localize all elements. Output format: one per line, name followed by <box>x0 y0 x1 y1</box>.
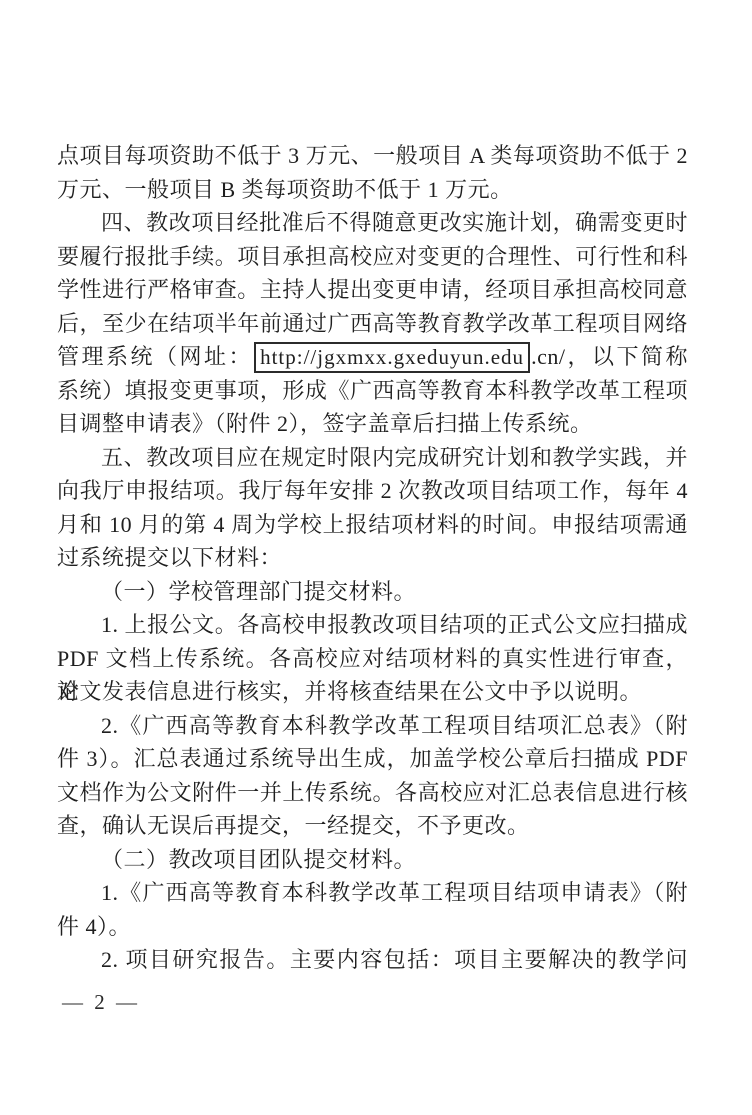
text-line: 论文发表信息进行核实，并将核查结果在公文中予以说明。 <box>57 675 688 709</box>
text-line: 向我厅申报结项。我厅每年安排 2 次教改项目结项工作，每年 4 <box>57 474 688 508</box>
text-line: 五、教改项目应在规定时限内完成研究计划和教学实践，并 <box>57 441 688 475</box>
text-line: （一）学校管理部门提交材料。 <box>57 575 688 609</box>
document-body: 点项目每项资助不低于 3 万元、一般项目 A 类每项资助不低于 2万元、一般项目… <box>57 139 688 977</box>
text-line: 月和 10 月的第 4 周为学校上报结项材料的时间。申报结项需通 <box>57 508 688 542</box>
text-line: 1.《广西高等教育本科教学改革工程项目结项申请表》（附 <box>57 876 688 910</box>
text-line: 过系统提交以下材料： <box>57 541 688 575</box>
text-line: 2. 项目研究报告。主要内容包括：项目主要解决的教学问 <box>57 943 688 977</box>
scanned-document-page: 点项目每项资助不低于 3 万元、一般项目 A 类每项资助不低于 2万元、一般项目… <box>0 0 752 1115</box>
text-line: 后，至少在结项半年前通过广西高等教育教学改革工程项目网络 <box>57 307 688 341</box>
text-line: 件 3）。汇总表通过系统导出生成，加盖学校公章后扫描成 PDF <box>57 742 688 776</box>
text-line: 万元、一般项目 B 类每项资助不低于 1 万元。 <box>57 173 688 207</box>
page-number: — 2 — <box>62 990 140 1015</box>
url-suffix-text: .cn/，以下简称 <box>531 344 688 369</box>
text-line: 2.《广西高等教育本科教学改革工程项目结项汇总表》（附 <box>57 709 688 743</box>
text-line: 件 4）。 <box>57 910 688 944</box>
text-line: 1. 上报公文。各高校申报教改项目结项的正式公文应扫描成 <box>57 608 688 642</box>
text-line: 四、教改项目经批准后不得随意更改实施计划，确需变更时 <box>57 206 688 240</box>
url-prefix-text: 管理系统（网址： <box>57 344 253 369</box>
text-line: 要履行报批手续。项目承担高校应对变更的合理性、可行性和科 <box>57 240 688 274</box>
text-line: 学性进行严格审查。主持人提出变更申请，经项目承担高校同意 <box>57 273 688 307</box>
text-line: 点项目每项资助不低于 3 万元、一般项目 A 类每项资助不低于 2 <box>57 139 688 173</box>
text-line: （二）教改项目团队提交材料。 <box>57 843 688 877</box>
text-line: 管理系统（网址：http://jgxmxx.gxeduyun.edu.cn/，以… <box>57 340 688 374</box>
text-line: 查，确认无误后再提交，一经提交，不予更改。 <box>57 809 688 843</box>
text-line: 目调整申请表》（附件 2），签字盖章后扫描上传系统。 <box>57 407 688 441</box>
url-link[interactable]: http://jgxmxx.gxeduyun.edu <box>254 342 530 373</box>
text-line: 文档作为公文附件一并上传系统。各高校应对汇总表信息进行核 <box>57 776 688 810</box>
text-line: PDF 文档上传系统。各高校应对结项材料的真实性进行审查，对 <box>57 642 688 676</box>
text-line: 系统）填报变更事项，形成《广西高等教育本科教学改革工程项 <box>57 374 688 408</box>
